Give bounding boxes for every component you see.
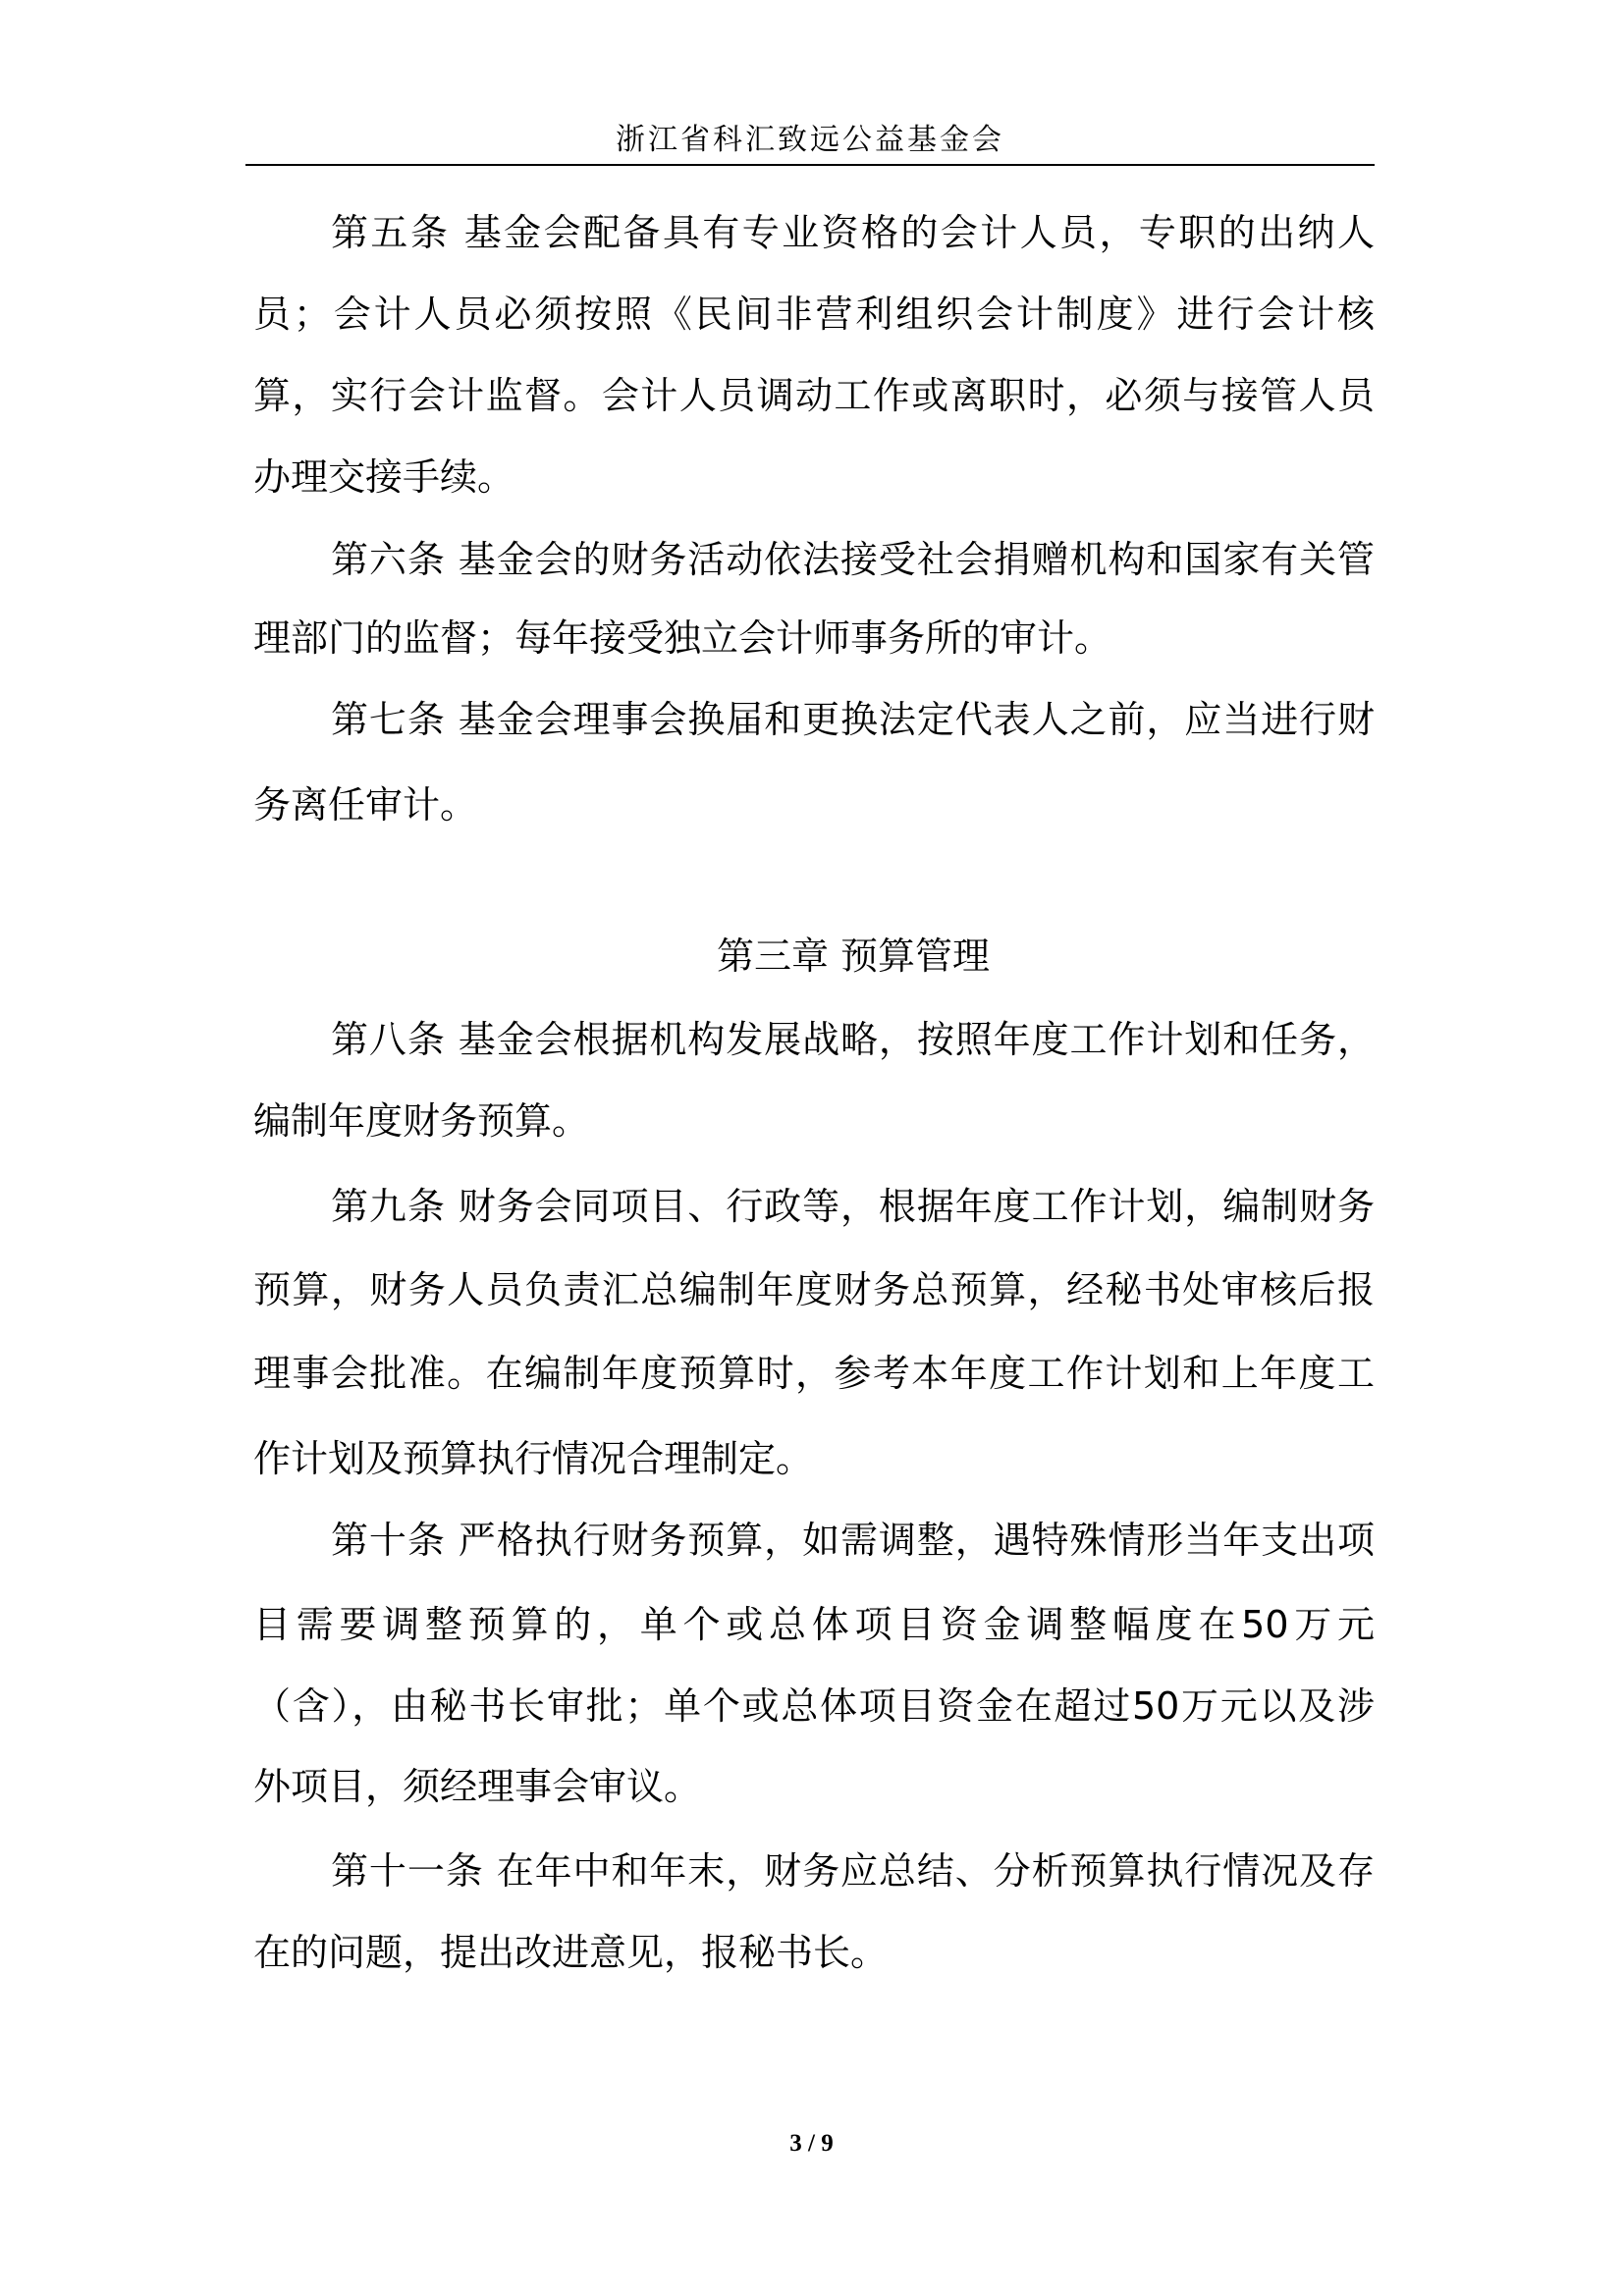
page-number: 3 / 9 bbox=[0, 2130, 1623, 2158]
article-11-line-1: 第十一条 在年中和年末，财务应总结、分析预算执行情况及存 bbox=[331, 1848, 1375, 1894]
document-page: 浙江省科汇致远公益基金会 第五条 基金会配备具有专业资格的会计人员，专职的出纳人… bbox=[0, 0, 1623, 2296]
article-5-line-1: 第五条 基金会配备具有专业资格的会计人员，专职的出纳人 bbox=[331, 210, 1375, 255]
article-5-line-4: 办理交接手续。 bbox=[253, 454, 1375, 500]
article-8-line-2: 编制年度财务预算。 bbox=[253, 1098, 1375, 1144]
header-divider bbox=[245, 164, 1375, 166]
chapter-heading: 第三章 预算管理 bbox=[253, 934, 1375, 979]
article-10-line-4: 外项目，须经理事会审议。 bbox=[253, 1764, 1375, 1809]
article-5-line-3: 算，实行会计监督。会计人员调动工作或离职时，必须与接管人员 bbox=[253, 373, 1375, 418]
article-6-line-1: 第六条 基金会的财务活动依法接受社会捐赠机构和国家有关管 bbox=[331, 537, 1375, 582]
article-7-line-2: 务离任审计。 bbox=[253, 782, 1375, 828]
article-5-line-2: 员；会计人员必须按照《民间非营利组织会计制度》进行会计核 bbox=[253, 292, 1375, 337]
article-10-line-3: （含），由秘书长审批；单个或总体项目资金在超过50万元以及涉 bbox=[253, 1683, 1375, 1729]
article-8-line-1: 第八条 基金会根据机构发展战略，按照年度工作计划和任务， bbox=[331, 1017, 1375, 1062]
article-9-line-3: 理事会批准。在编制年度预算时，参考本年度工作计划和上年度工 bbox=[253, 1351, 1375, 1396]
article-10-line-2: 目需要调整预算的，单个或总体项目资金调整幅度在50万元 bbox=[253, 1602, 1375, 1647]
header-organization-name: 浙江省科汇致远公益基金会 bbox=[245, 122, 1375, 159]
article-7-line-1: 第七条 基金会理事会换届和更换法定代表人之前，应当进行财 bbox=[331, 697, 1375, 742]
article-11-line-2: 在的问题，提出改进意见，报秘书长。 bbox=[253, 1930, 1375, 1975]
article-9-line-2: 预算，财务人员负责汇总编制年度财务总预算，经秘书处审核后报 bbox=[253, 1267, 1375, 1312]
article-9-line-4: 作计划及预算执行情况合理制定。 bbox=[253, 1436, 1375, 1481]
article-10-line-1: 第十条 严格执行财务预算，如需调整，遇特殊情形当年支出项 bbox=[331, 1518, 1375, 1563]
article-6-line-2: 理部门的监督；每年接受独立会计师事务所的审计。 bbox=[253, 615, 1375, 661]
article-9-line-1: 第九条 财务会同项目、行政等，根据年度工作计划，编制财务 bbox=[331, 1184, 1375, 1229]
